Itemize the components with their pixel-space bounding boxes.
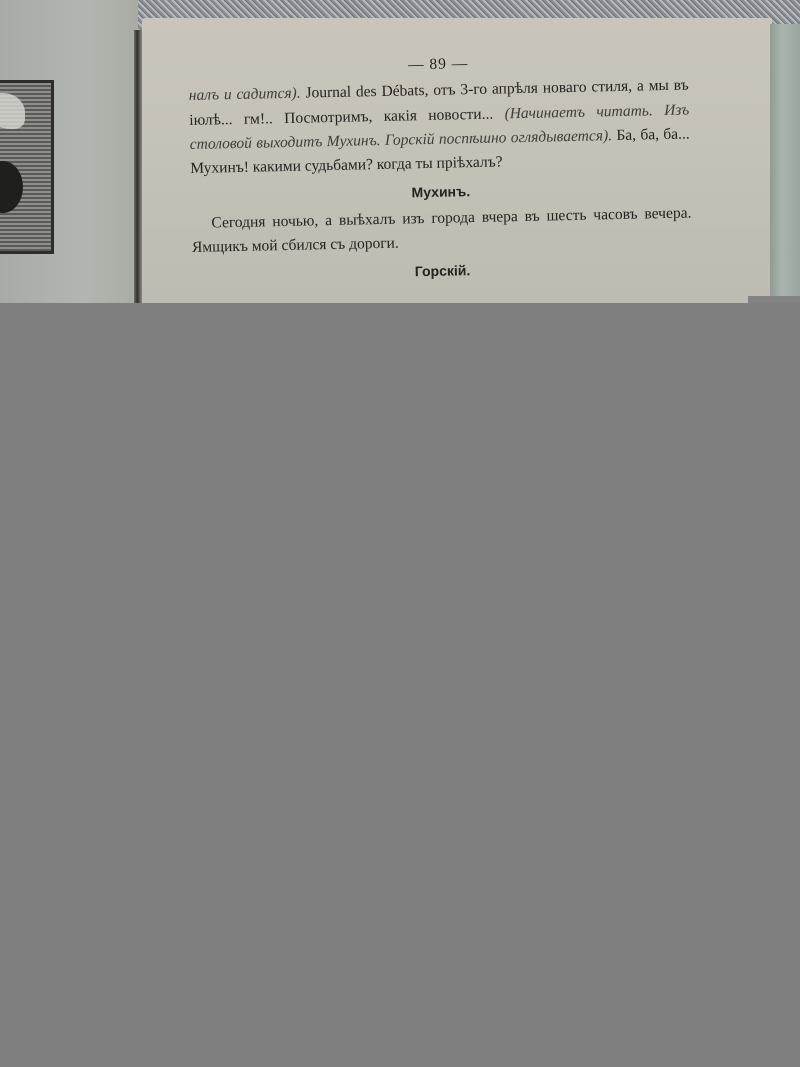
- left-page: [0, 0, 138, 303]
- page-text: — 89 — налъ и садится). Journal des Déba…: [188, 48, 693, 291]
- paragraph-1: налъ и садится). Journal des Débats, отъ…: [189, 74, 691, 182]
- stage-direction: налъ и садится).: [189, 85, 301, 104]
- book-cover-edge: [770, 24, 800, 303]
- engraving-illustration: [0, 80, 54, 254]
- book-gutter: [134, 30, 142, 303]
- book-photo: — 89 — налъ и садится). Journal des Déba…: [0, 0, 800, 303]
- ornament-leaf-icon: [0, 93, 25, 129]
- paragraph-2: Сегодня ночью, а выѣхалъ изъ города вчер…: [191, 201, 692, 260]
- gray-mask-region: [0, 303, 800, 1067]
- ornament-dark-shape-icon: [0, 161, 23, 213]
